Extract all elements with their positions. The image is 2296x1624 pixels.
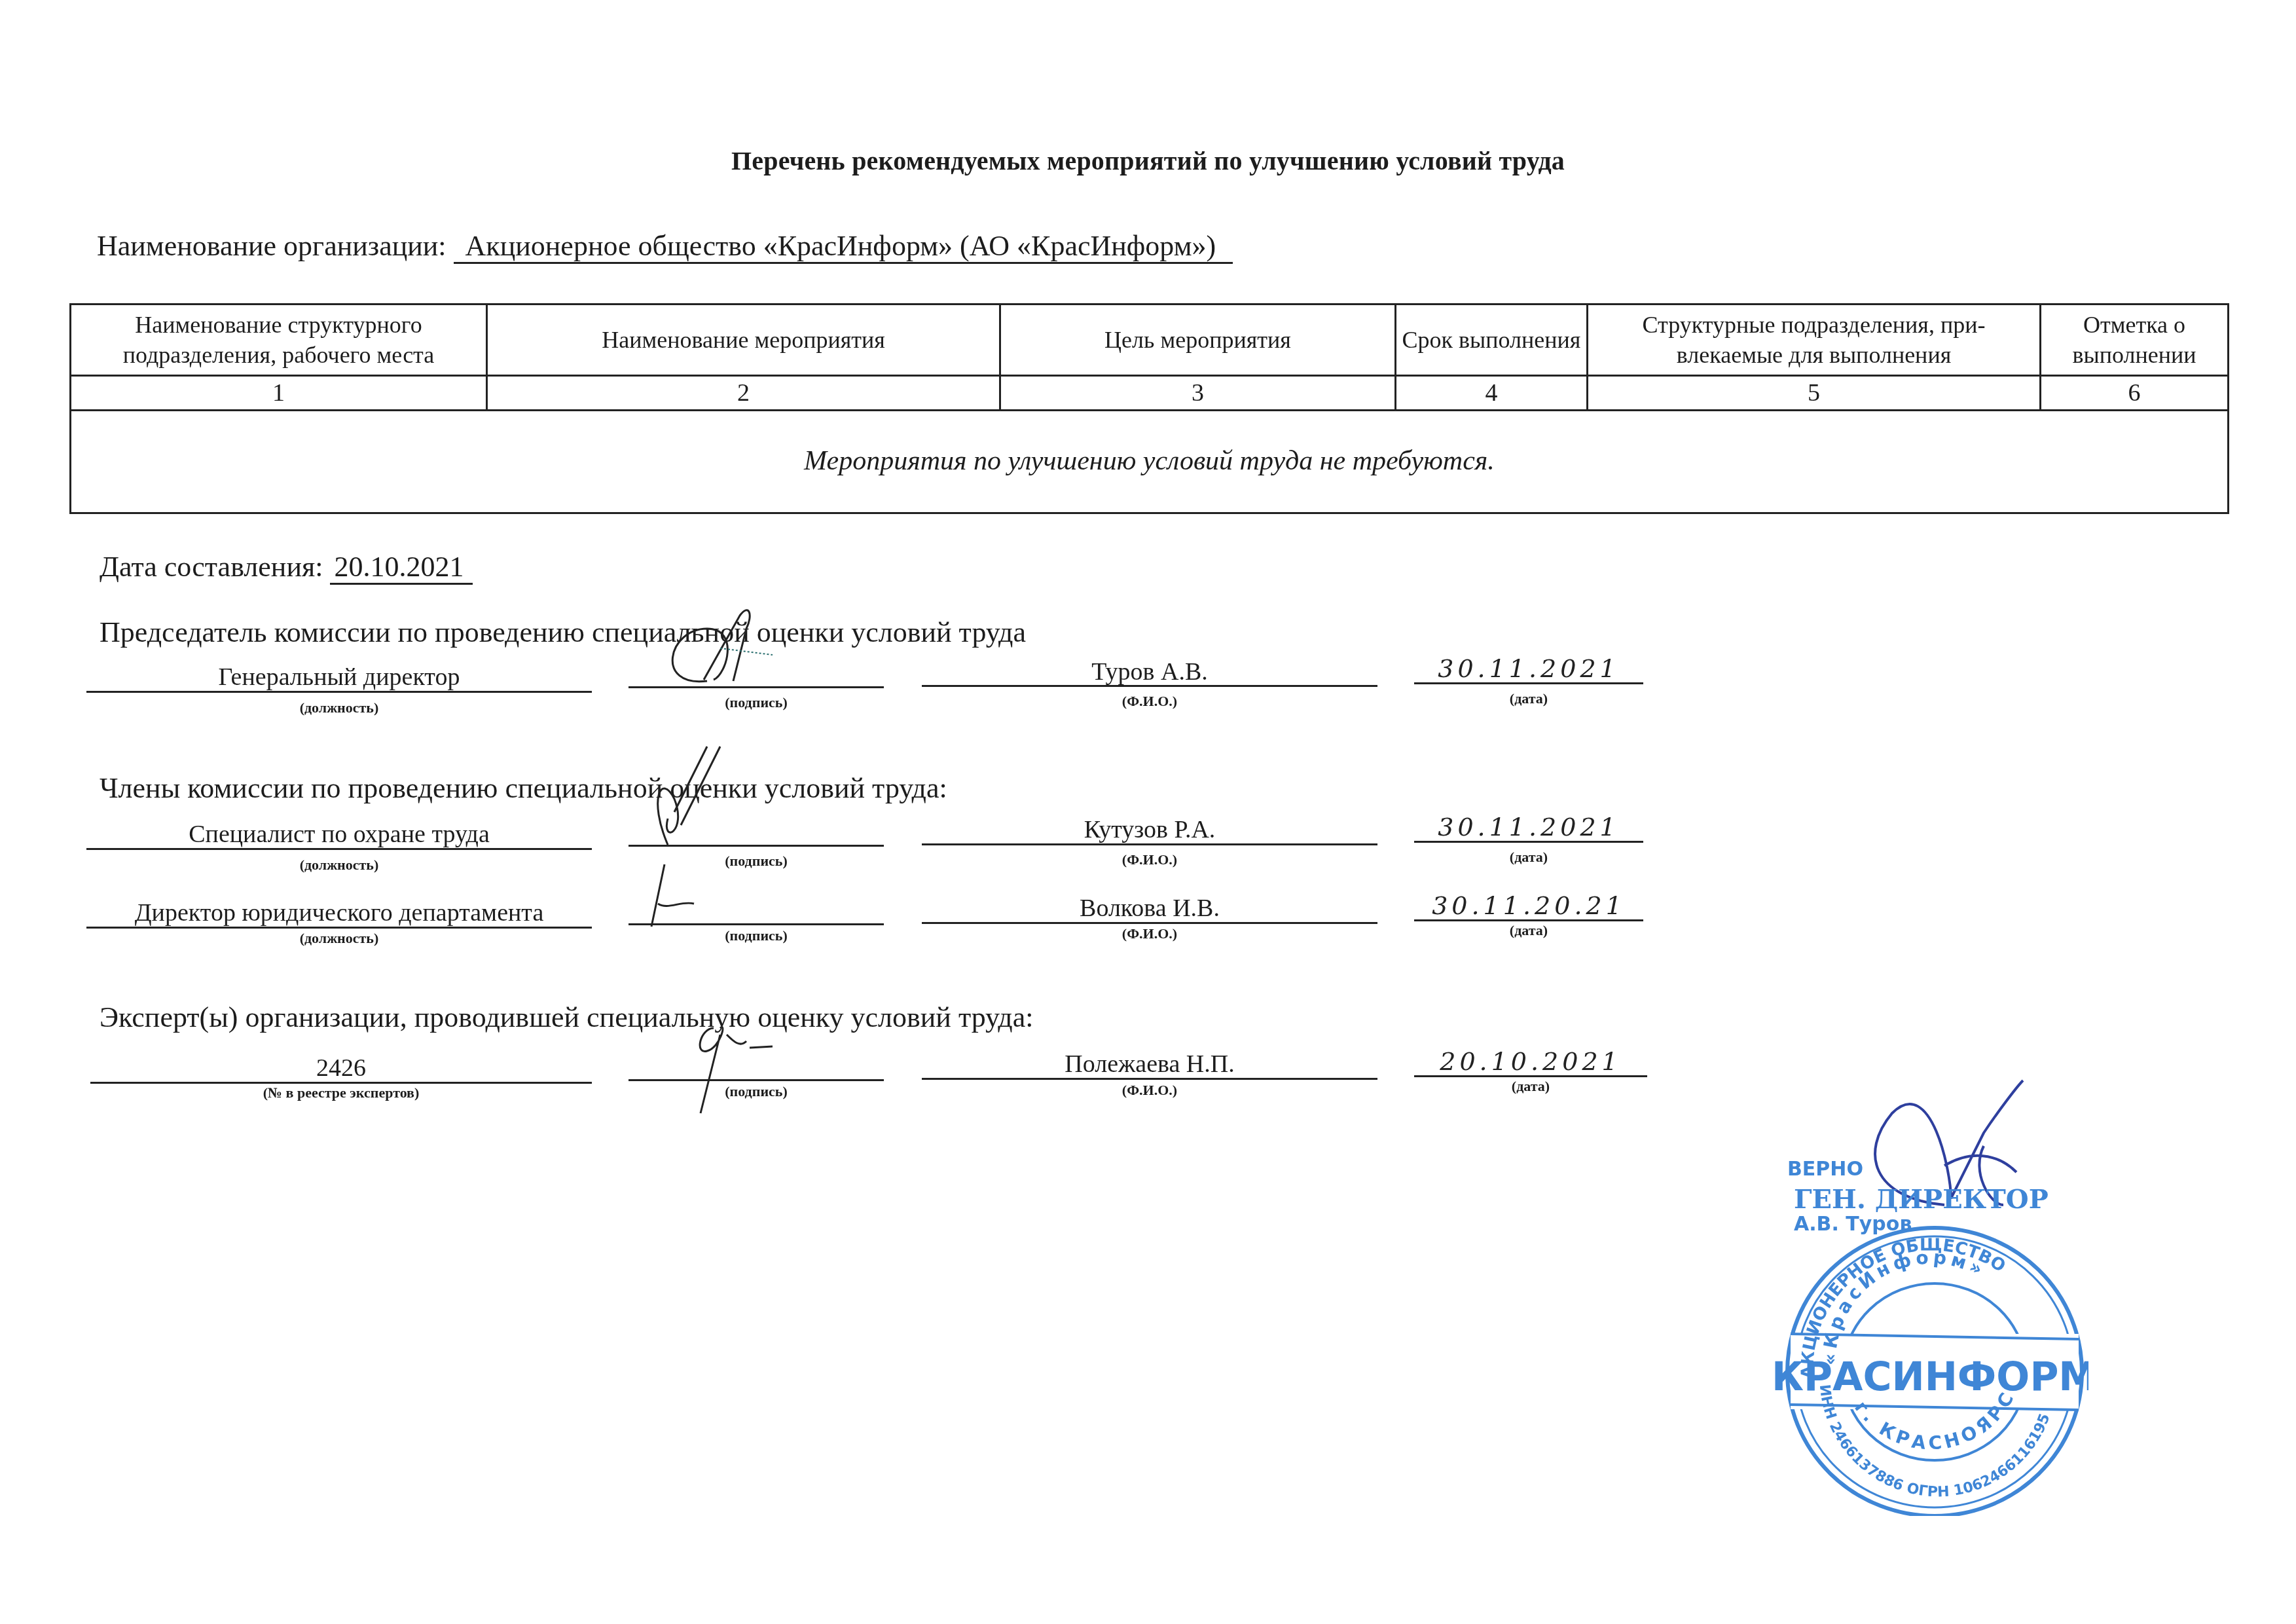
name-value: Волкова И.В. [922,896,1377,921]
date-caption: (дата) [1414,922,1643,939]
column-number: 3 [1000,376,1396,411]
column-number: 2 [487,376,1000,411]
column-header: Наименование структурного подразделения,… [71,304,487,376]
signature-caption: (подпись) [629,1083,884,1100]
signature-image [629,1015,884,1080]
date-caption: (дата) [1414,849,1643,866]
position-field: Директор юридического департамента (долж… [86,871,592,925]
name-caption: (Ф.И.О.) [922,1082,1377,1099]
name-caption: (Ф.И.О.) [922,693,1377,710]
measures-table: Наименование структурного подразделения,… [69,303,2229,514]
name-caption: (Ф.И.О.) [922,925,1377,942]
date-field: 20.10.2021 (дата) [1414,1022,1647,1074]
column-header: Наименование мероприятия [487,304,1000,376]
column-header: Отметка о выполнении [2041,304,2229,376]
column-number-row: 1 2 3 4 5 6 [71,376,2229,411]
signature-image [629,864,884,930]
column-header: Цель мероприятия [1000,304,1396,376]
date-field: 30.11.20.21 (дата) [1414,871,1643,918]
signature-field: (подпись) [629,786,884,847]
position-caption: (должность) [86,930,592,947]
table-row: Мероприятия по улучшению условий труда н… [71,411,2229,513]
column-number: 5 [1588,376,2041,411]
position-field: Специалист по охране труда (должность) [86,786,592,847]
date-field: 30.11.2021 (дата) [1414,786,1643,840]
table-header-row: Наименование структурного подразделения,… [71,304,2229,376]
column-header: Структурные подразделения, при-влекаемые… [1588,304,2041,376]
position-value: Генеральный директор [86,665,592,690]
signature-caption: (подпись) [629,927,884,944]
signature-field: (подпись) [629,629,884,690]
registry-number-value: 2426 [90,1056,592,1080]
registry-number-caption: (№ в реестре экспертов) [90,1084,592,1101]
date-value: 30.11.2021 [1414,656,1643,681]
compiled-date-value: 20.10.2021 [330,551,473,585]
column-number: 4 [1396,376,1588,411]
date-value: 30.11.20.21 [1414,893,1643,918]
name-field: Волкова И.В. (Ф.И.О.) [922,871,1377,921]
position-caption: (должность) [86,699,592,716]
name-value: Туров А.В. [922,659,1377,684]
compiled-date-line: Дата составления: 20.10.2021 [100,550,473,585]
registry-number-field: 2426 (№ в реестре экспертов) [90,1022,592,1080]
round-seal: АКЦИОНЕРНОЕ ОБЩЕСТВО «КрасИнформ» КРАСИН… [1774,1208,2088,1516]
date-value: 20.10.2021 [1414,1049,1647,1074]
signature-field: (подпись) [629,871,884,925]
stamp-certified-label: ВЕРНО [1787,1158,1863,1181]
name-value: Кутузов Р.А. [922,817,1377,842]
chairman-signature-row: Генеральный директор (должность) (подпис… [0,629,2296,707]
date-caption: (дата) [1414,690,1643,707]
date-caption: (дата) [1414,1078,1647,1095]
name-value: Полежаева Н.П. [922,1052,1377,1077]
signature-image [629,602,884,668]
date-value: 30.11.2021 [1414,815,1643,840]
position-value: Специалист по охране труда [86,822,592,847]
column-header: Срок выполнения [1396,304,1588,376]
member-signature-row: Директор юридического департамента (долж… [0,871,2296,950]
position-field: Генеральный директор (должность) [86,629,592,690]
company-stamp: ВЕРНО ГЕН. ДИРЕКТОР А.В. Туров АКЦИОНЕРН… [1781,1074,2095,1519]
name-field: Кутузов Р.А. (Ф.И.О.) [922,786,1377,842]
signature-image [629,747,884,812]
compiled-date-label: Дата составления: [100,551,323,583]
organization-value: Акционерное общество «КрасИнформ» (АО «К… [454,231,1233,264]
name-caption: (Ф.И.О.) [922,851,1377,868]
position-value: Директор юридического департамента [86,900,592,925]
signature-caption: (подпись) [629,694,884,711]
date-field: 30.11.2021 (дата) [1414,629,1643,681]
column-number: 6 [2041,376,2229,411]
column-number: 1 [71,376,487,411]
organization-label: Наименование организации: [97,230,446,262]
no-measures-note: Мероприятия по улучшению условий труда н… [71,411,2229,513]
name-field: Полежаева Н.П. (Ф.И.О.) [922,1022,1377,1077]
member-signature-row: Специалист по охране труда (должность) (… [0,786,2296,864]
organization-line: Наименование организации: Акционерное об… [97,229,1233,264]
document-title: Перечень рекомендуемых мероприятий по ул… [0,145,2296,176]
name-field: Туров А.В. (Ф.И.О.) [922,629,1377,684]
signature-field: (подпись) [629,1022,884,1079]
